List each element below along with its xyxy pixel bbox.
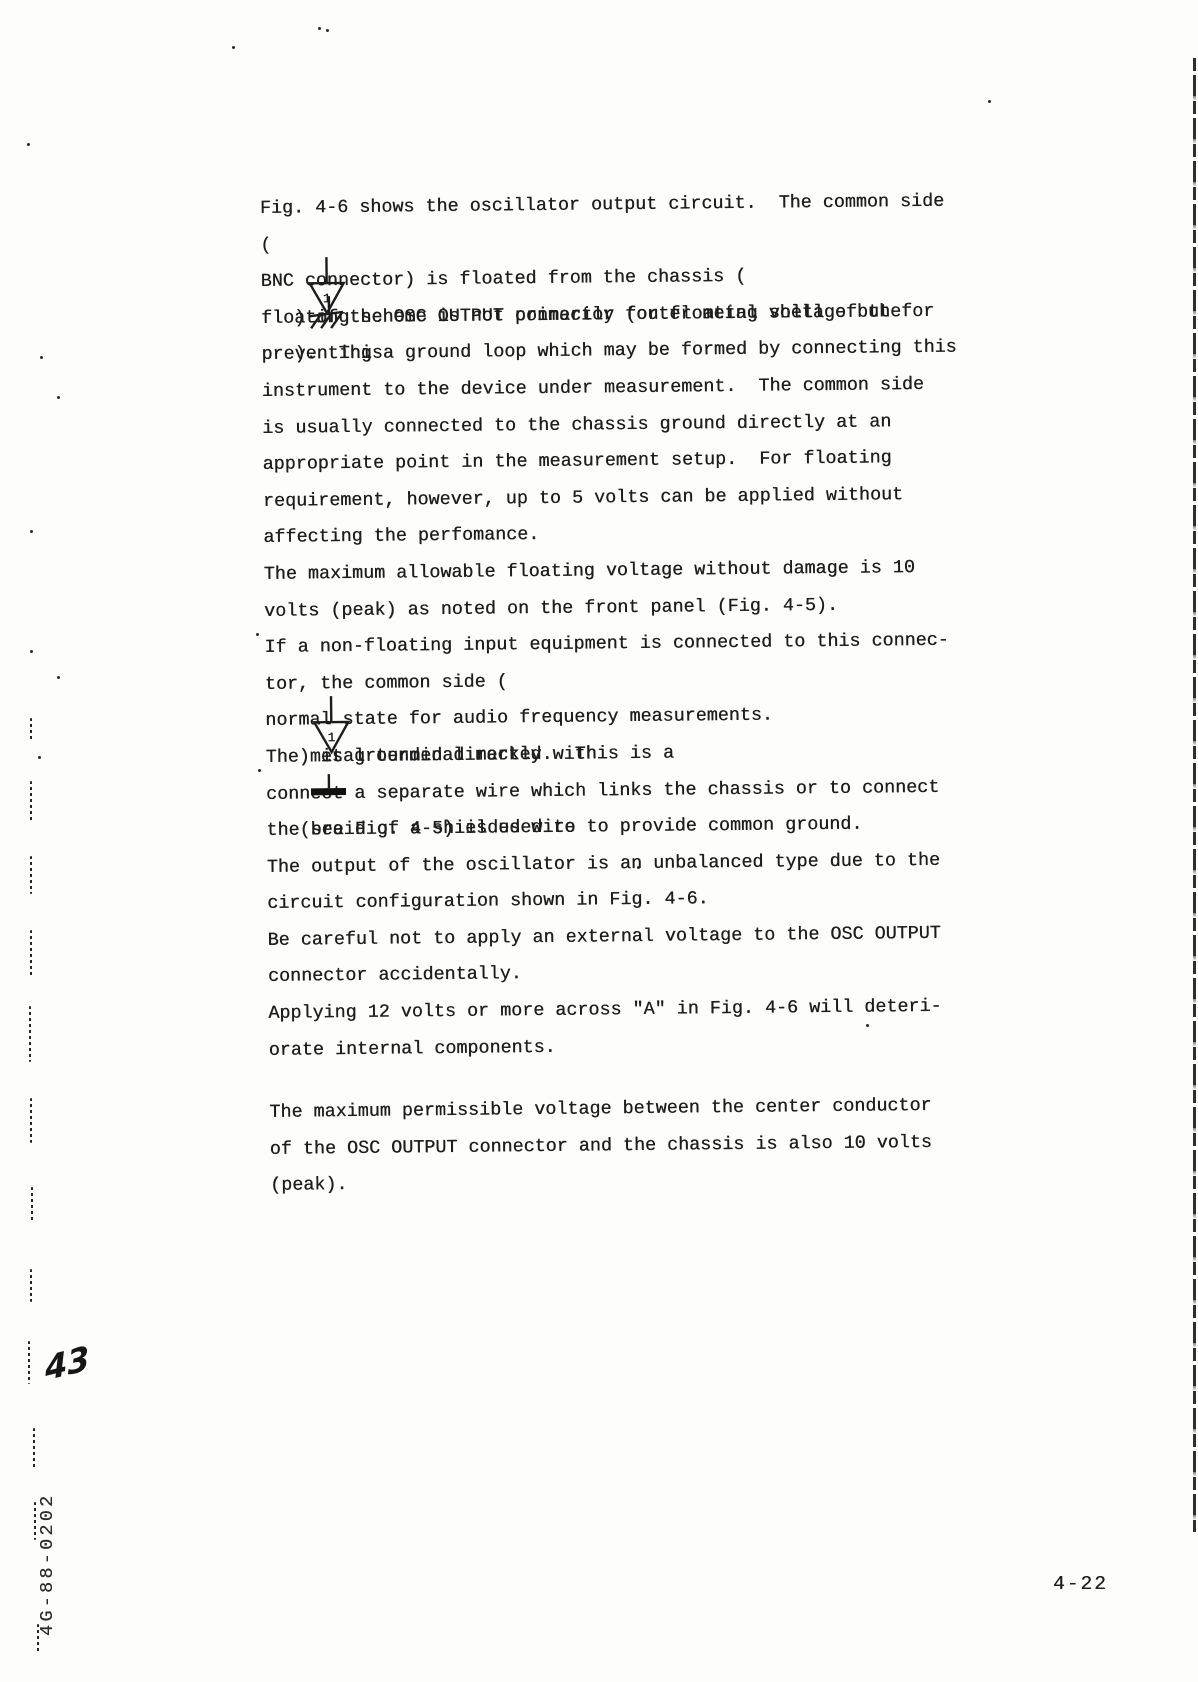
text-line: If a non-floating input equipment is con… [264,622,994,666]
scan-artifact-dash [30,856,32,894]
text-segment: The maximum allowable floating voltage w… [264,557,915,585]
text-segment: floating scheme is not primarily for flo… [261,301,934,329]
text-segment: Fig. 4-6 shows the oscillator output cir… [260,191,944,219]
text-segment: requirement, however, up to 5 volts can … [263,484,903,512]
handwritten-mark: 43 [44,1334,105,1388]
text-line: The maximum allowable floating voltage w… [264,549,994,593]
scan-edge-line [1193,58,1196,1532]
text-segment: (peak). [270,1174,347,1196]
signal-ground-icon: 1 [305,271,349,285]
scan-artifact-dot [318,27,321,30]
text-segment: The maximum permissible voltage between … [269,1095,931,1123]
scanned-manual-page: Fig. 4-6 shows the oscillator output cir… [0,0,1198,1682]
earth-terminal-icon [310,783,348,797]
text-segment: tor, the common side ( [265,671,519,695]
scan-artifact-dash [30,1269,32,1302]
scan-artifact-dot [256,633,259,636]
scan-artifact-dot [258,769,261,772]
scan-artifact-dot [57,396,60,399]
scan-artifact-dot [866,1024,869,1027]
scan-artifact-dash [33,1428,35,1468]
text-segment: Be careful not to apply an external volt… [267,923,940,951]
scan-artifact-dash [30,1098,32,1143]
text-segment: preventing a ground loop which may be fo… [261,337,956,365]
text-segment: The output of the oscillator is an unbal… [267,849,940,877]
text-line: connect a separate wire which links the … [266,769,996,813]
text-line: orate internal components. [269,1025,999,1069]
scan-artifact-dash [34,1502,36,1540]
chassis-ground-icon [305,308,347,322]
text-segment: If a non-floating input equipment is con… [264,630,948,658]
text-segment: the braid of a shielded wire to provide … [266,814,862,841]
text-segment: Applying 12 volts or more across "A" in … [268,996,941,1024]
page-number: 4-22 [1053,1573,1108,1595]
text-line: Applying 12 volts or more across "A" in … [268,988,998,1032]
text-segment: volts (peak) as noted on the front panel… [264,594,838,621]
text-line: (peak). [270,1161,1000,1205]
text-segment: instrument to the device under measureme… [262,374,924,402]
text-segment: of the OSC OUTPUT connector and the chas… [270,1132,932,1160]
scan-artifact-dash [30,781,32,823]
scan-artifact-dash [37,1624,39,1652]
form-code-stamp: 4G-88-0202 [37,1493,58,1636]
text-segment: ( [260,234,282,255]
scan-artifact-dot [40,356,43,359]
scan-artifact-dot [326,29,329,32]
scan-artifact-dot [988,100,991,103]
scan-artifact-dot [57,676,60,679]
scan-artifact-dot [30,650,33,653]
text-segment: circuit configuration shown in Fig. 4-6. [267,888,709,914]
scan-artifact-dot [637,866,640,869]
text-segment: connector accidentally. [268,964,522,988]
text-segment: orate internal components. [269,1036,556,1060]
text-line: Fig. 4-6 shows the oscillator output cir… [260,183,990,227]
text-segment: appropriate point in the measurement set… [262,447,891,475]
scan-artifact-dash [31,1187,33,1222]
document-body: Fig. 4-6 shows the oscillator output cir… [260,183,1001,1205]
text-segment: connect a separate wire which links the … [266,776,939,804]
scan-artifact-dot [38,756,41,759]
scan-artifact-dash [28,1341,30,1384]
scan-artifact-dot [232,46,235,49]
signal-ground-icon: 1 [309,710,353,724]
scan-artifact-dash [29,1006,31,1062]
scan-artifact-dot [27,143,30,146]
scan-artifact-dot [30,530,33,533]
text-segment: is usually connected to the chassis grou… [262,411,891,439]
scan-artifact-dash [30,930,32,978]
scan-artifact-dash [30,718,32,742]
svg-text:1: 1 [328,730,336,745]
text-segment: affecting the perfomance. [263,524,539,548]
